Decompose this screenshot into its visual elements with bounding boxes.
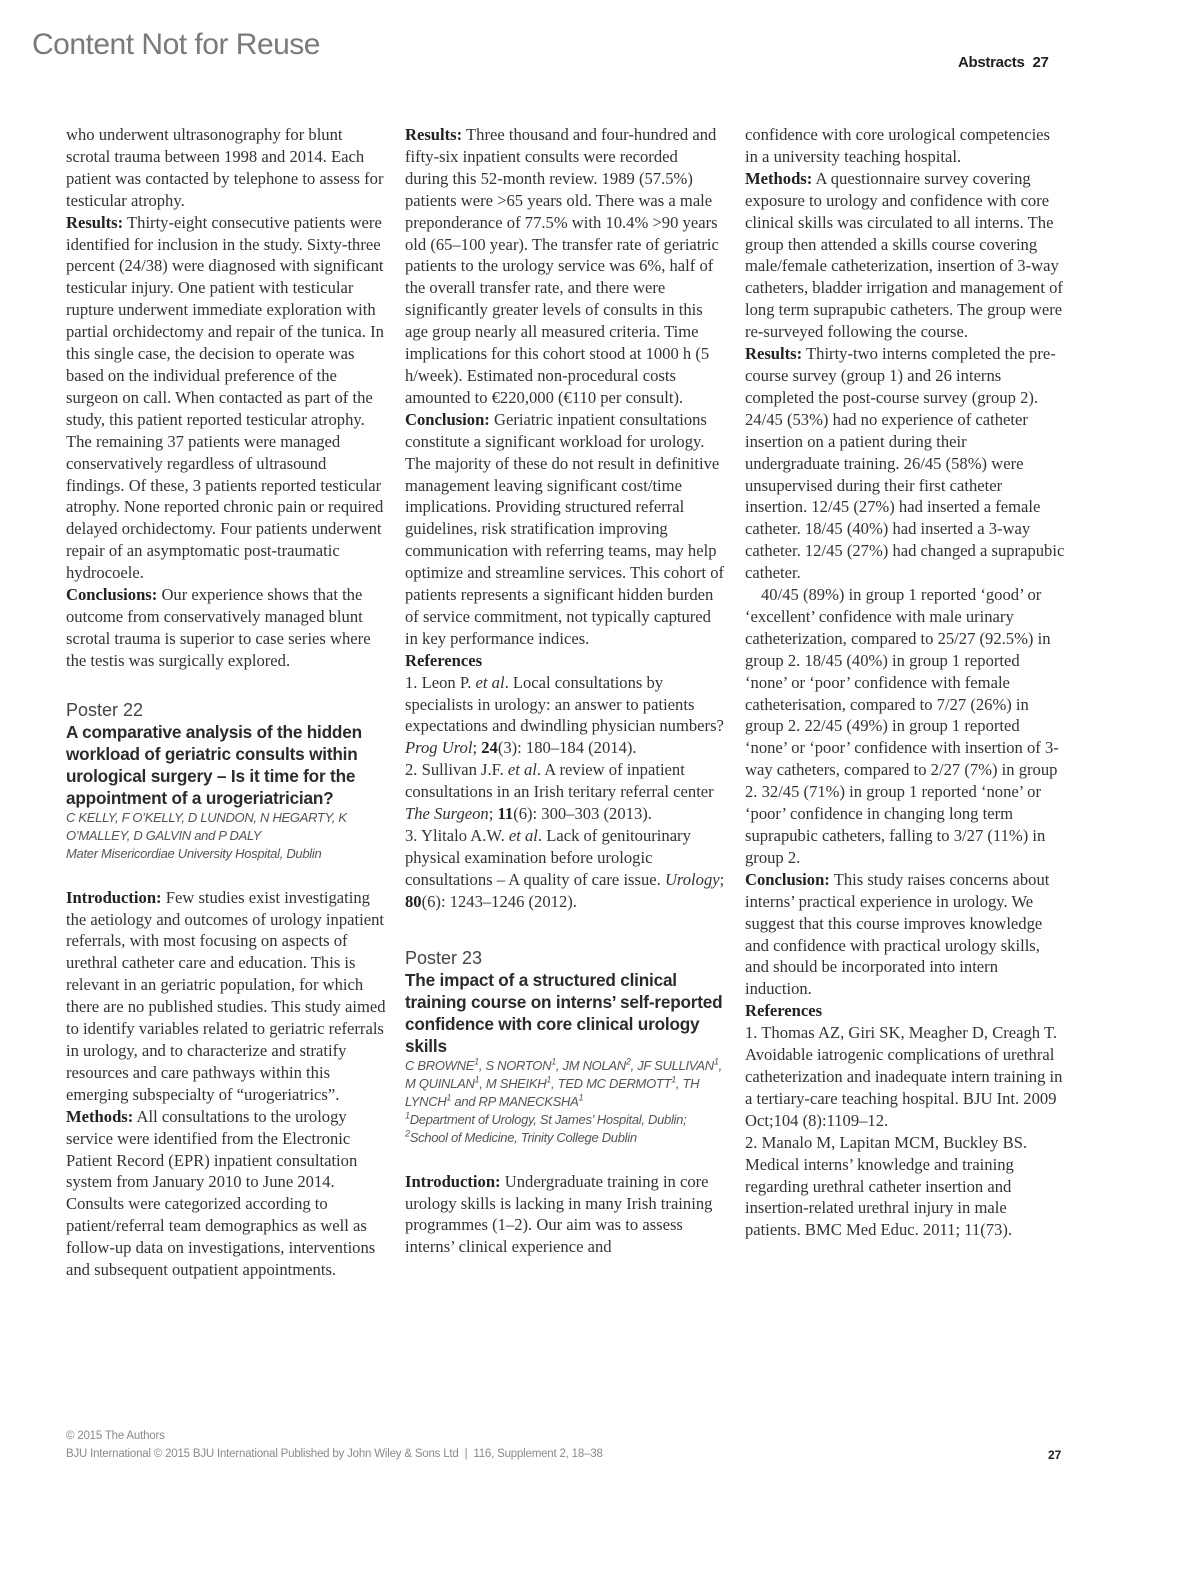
results-label: Results:: [745, 344, 802, 363]
footer-journal-line: BJU International © 2015 BJU Internation…: [66, 1448, 603, 1460]
running-head-page: 27: [1033, 54, 1049, 71]
author-name: JM NOLAN: [563, 1058, 626, 1073]
author-sup: 1: [474, 1056, 479, 1066]
affiliation: Mater Misericordiae University Hospital,…: [66, 845, 386, 863]
introduction-label: Introduction:: [405, 1172, 501, 1191]
ref-text: ;: [489, 804, 498, 823]
methods-paragraph: Methods: A questionnaire survey covering…: [745, 168, 1065, 343]
conclusion-text: This study raises concerns about interns…: [745, 870, 1049, 999]
author-name: M QUINLAN: [405, 1076, 475, 1091]
results-paragraph-2: 40/45 (89%) in group 1 reported ‘good’ o…: [745, 584, 1065, 869]
author-name: M SHEIKH: [486, 1076, 546, 1091]
author-sup: 1: [551, 1056, 556, 1066]
paragraph: confidence with core urological competen…: [745, 124, 1065, 168]
author: M QUINLAN1,: [405, 1076, 486, 1091]
author: RP MANECKSHA1: [479, 1094, 584, 1109]
author-name: S NORTON: [485, 1058, 551, 1073]
ref-journal: Prog Urol: [405, 738, 472, 757]
ref-etal: et al: [508, 760, 537, 779]
reference-2: 2. Sullivan J.F. et al. A review of inpa…: [405, 759, 725, 825]
ref-volume: 80: [405, 892, 422, 911]
ref-text: 1. Leon P.: [405, 673, 476, 692]
paragraph: who underwent ultrasonography for blunt …: [66, 124, 386, 212]
results-text: Thirty-eight consecutive patients were i…: [66, 213, 384, 583]
conclusions-label: Conclusions:: [66, 585, 157, 604]
references-heading: References: [405, 650, 725, 672]
author: S NORTON1,: [485, 1058, 562, 1073]
results-label: Results:: [66, 213, 123, 232]
introduction-paragraph: Introduction: Undergraduate training in …: [405, 1171, 725, 1259]
poster-label: Poster 22: [66, 699, 386, 721]
poster-title: The impact of a structured clinical trai…: [405, 969, 725, 1057]
ref-text: (3): 180–184 (2014).: [498, 738, 637, 757]
ref-journal: Urology: [665, 870, 720, 889]
column-3: confidence with core urological competen…: [745, 124, 1065, 1241]
authors: C KELLY, F O’KELLY, D LUNDON, N HEGARTY,…: [66, 809, 386, 845]
reference-1: 1. Thomas AZ, Giri SK, Meagher D, Creagh…: [745, 1022, 1065, 1132]
introduction-text: Few studies exist investigating the aeti…: [66, 888, 386, 1104]
author-name: C BROWNE: [405, 1058, 474, 1073]
watermark: Content Not for Reuse: [32, 28, 320, 62]
author: M SHEIKH1,: [486, 1076, 558, 1091]
ref-text: 3. Ylitalo A.W.: [405, 826, 509, 845]
poster-title: A comparative analysis of the hidden wor…: [66, 721, 386, 809]
methods-text: A questionnaire survey covering exposure…: [745, 169, 1063, 341]
column-1: who underwent ultrasonography for blunt …: [66, 124, 386, 1281]
author: JM NOLAN2,: [563, 1058, 638, 1073]
author-sup: 1: [446, 1092, 451, 1102]
conclusion-label: Conclusion:: [745, 870, 830, 889]
reference-1: 1. Leon P. et al. Local consultations by…: [405, 672, 725, 760]
conclusion-text: Geriatric inpatient consultations consti…: [405, 410, 724, 648]
methods-paragraph: Methods: All consultations to the urolog…: [66, 1106, 386, 1281]
author: JF SULLIVAN1,: [637, 1058, 722, 1073]
author-sup: 2: [626, 1056, 631, 1066]
author-sup: 1: [714, 1056, 719, 1066]
ref-etal: et al: [476, 673, 505, 692]
methods-label: Methods:: [66, 1107, 133, 1126]
results-label: Results:: [405, 125, 462, 144]
ref-text: (6): 1243–1246 (2012).: [422, 892, 577, 911]
ref-volume: 24: [481, 738, 498, 757]
author-sup: 1: [671, 1074, 676, 1084]
results-paragraph: Results: Thirty-eight consecutive patien…: [66, 212, 386, 584]
running-head-section: Abstracts: [958, 54, 1025, 71]
column-2: Results: Three thousand and four-hundred…: [405, 124, 725, 1258]
running-head: Abstracts27: [958, 54, 1049, 71]
results-text: Three thousand and four-hundred and fift…: [405, 125, 719, 407]
conclusion-label: Conclusion:: [405, 410, 490, 429]
reference-2: 2. Manalo M, Lapitan MCM, Buckley BS. Me…: [745, 1132, 1065, 1242]
results-paragraph: Results: Three thousand and four-hundred…: [405, 124, 725, 409]
author-name: RP MANECKSHA: [479, 1094, 579, 1109]
ref-text: (6): 300–303 (2013).: [513, 804, 652, 823]
reference-3: 3. Ylitalo A.W. et al. Lack of genitouri…: [405, 825, 725, 913]
ref-journal: The Surgeon: [405, 804, 489, 823]
authors: C BROWNE1, S NORTON1, JM NOLAN2, JF SULL…: [405, 1057, 725, 1111]
page-number: 27: [1048, 1448, 1061, 1462]
conclusion-paragraph: Conclusion: Geriatric inpatient consulta…: [405, 409, 725, 650]
methods-text: All consultations to the urology service…: [66, 1107, 375, 1279]
results-text: Thirty-two interns completed the pre-cou…: [745, 344, 1064, 582]
conclusions-paragraph: Conclusions: Our experience shows that t…: [66, 584, 386, 672]
ref-etal: et al: [509, 826, 538, 845]
poster-label: Poster 23: [405, 947, 725, 969]
ref-text: ;: [720, 870, 725, 889]
author: TED MC DERMOTT1,: [558, 1076, 683, 1091]
author-name: JF SULLIVAN: [637, 1058, 714, 1073]
conclusion-paragraph: Conclusion: This study raises concerns a…: [745, 869, 1065, 1000]
footer-copyright: © 2015 The Authors: [66, 1430, 165, 1442]
results-paragraph: Results: Thirty-two interns completed th…: [745, 343, 1065, 584]
methods-label: Methods:: [745, 169, 812, 188]
affiliation: 1Department of Urology, St James’ Hospit…: [405, 1111, 725, 1147]
ref-text: 2. Sullivan J.F.: [405, 760, 508, 779]
ref-text: ;: [472, 738, 481, 757]
affil-text: Department of Urology, St James’ Hospita…: [410, 1112, 687, 1127]
author-sup: 1: [578, 1092, 583, 1102]
author: C BROWNE1,: [405, 1058, 485, 1073]
introduction-paragraph: Introduction: Few studies exist investig…: [66, 887, 386, 1106]
author-sup: 1: [546, 1074, 551, 1084]
introduction-label: Introduction:: [66, 888, 162, 907]
author-sup: 1: [475, 1074, 480, 1084]
affil-text: School of Medicine, Trinity College Dubl…: [410, 1130, 637, 1145]
author-name: TED MC DERMOTT: [558, 1076, 672, 1091]
ref-volume: 11: [498, 804, 514, 823]
references-heading: References: [745, 1000, 1065, 1022]
